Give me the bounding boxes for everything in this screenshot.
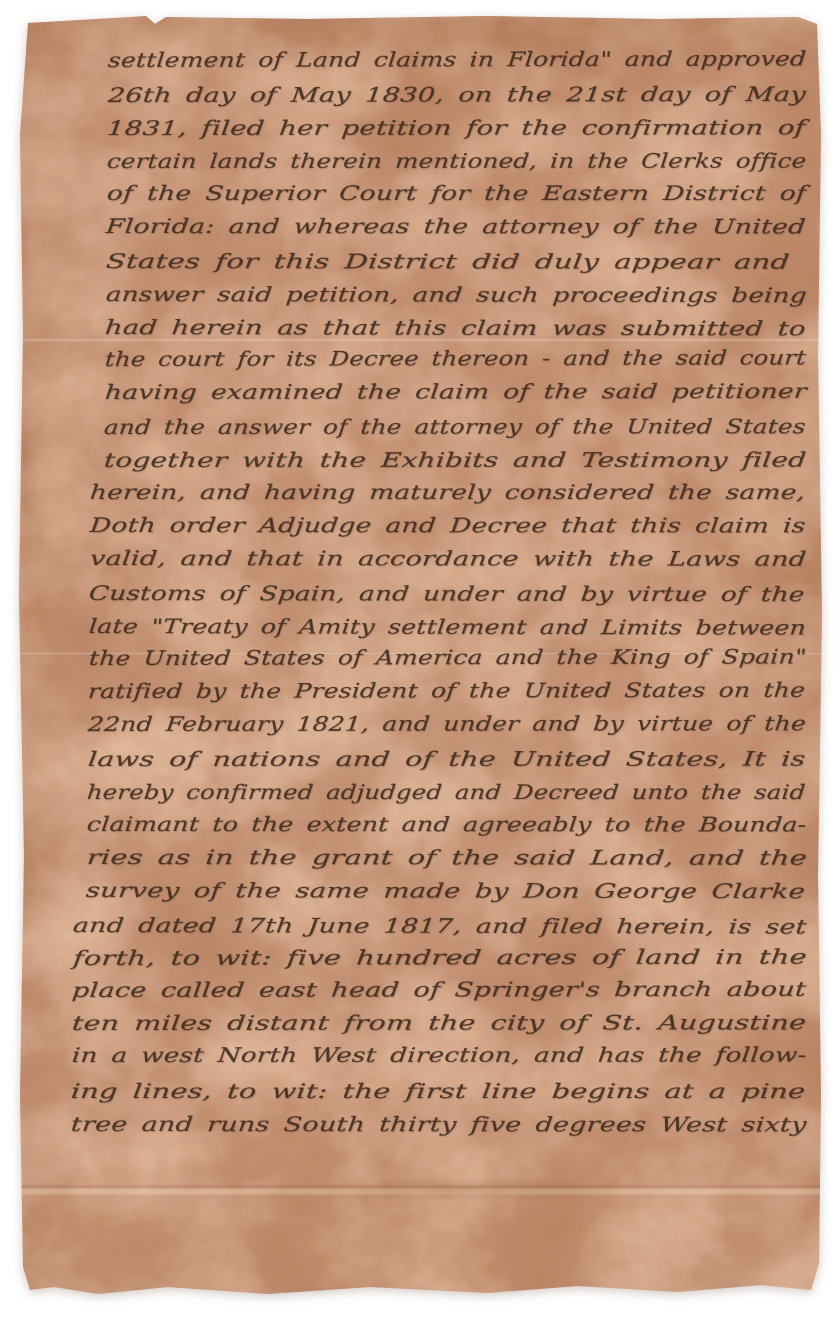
manuscript-line: place called east head of Springer's bra… [71, 973, 808, 1007]
manuscript-page-wrapper: settlement of Land claims in Florida" an… [18, 15, 823, 1296]
manuscript-line: survey of the same made by Don George Cl… [85, 874, 807, 908]
manuscript-line: Doth order Adjudge and Decree that this … [89, 509, 808, 543]
manuscript-line: ing lines, to wit: the first line begins… [69, 1075, 807, 1108]
manuscript-text-block: settlement of Land claims in Florida" an… [88, 45, 806, 1140]
manuscript-line: certain lands therein mentioned, in the … [106, 144, 808, 178]
manuscript-line: had herein as that this claim was submit… [104, 311, 808, 346]
manuscript-line: 1831, filed her petition for the confirm… [106, 111, 807, 145]
manuscript-line: having examined the claim of the said pe… [103, 375, 808, 409]
manuscript-line: in a west North West direction, and has … [70, 1039, 808, 1073]
manuscript-line: tree and runs South thirty five degrees … [69, 1108, 808, 1142]
manuscript-line: claimant to the extent and agreeably to … [85, 808, 807, 842]
manuscript-line: 26th day of May 1830, on the 21st day of… [106, 78, 807, 112]
manuscript-line: ten miles distant from the city of St. A… [70, 1006, 807, 1040]
manuscript-line: valid, and that in accordance with the L… [88, 542, 808, 576]
manuscript-page: settlement of Land claims in Florida" an… [18, 15, 823, 1296]
manuscript-line: the United States of America and the Kin… [87, 641, 807, 676]
manuscript-line: and the answer of the attorney of the Un… [103, 410, 808, 444]
scan-background: settlement of Land claims in Florida" an… [0, 0, 840, 1320]
manuscript-line: ratified by the President of the United … [87, 674, 807, 708]
manuscript-line: Florida: and whereas the attorney of the… [105, 210, 808, 244]
manuscript-line: answer said petition, and such proceedin… [104, 278, 808, 312]
manuscript-line: settlement of Land claims in Florida" an… [107, 42, 808, 77]
manuscript-line: together with the Exhibits and Testimony… [102, 443, 808, 477]
manuscript-line: ries as in the grant of the said Land, a… [85, 841, 808, 875]
manuscript-line: and dated 17th June 1817, and filed here… [71, 909, 808, 944]
manuscript-line: laws of nations and of the United States… [86, 743, 807, 777]
manuscript-line: States for this District did duly appear… [104, 245, 791, 279]
manuscript-line: herein, and having maturely considered t… [89, 476, 807, 509]
manuscript-line: late "Treaty of Amity settlement and Lim… [88, 610, 808, 645]
manuscript-line: Customs of Spain, and under and by virtu… [88, 577, 807, 611]
stain-smudge [248, 1171, 678, 1207]
manuscript-line: hereby confirmed adjudged and Decreed un… [86, 776, 807, 809]
manuscript-line: of the Superior Court for the Eastern Di… [105, 177, 807, 210]
manuscript-line: forth, to wit: five hundred acres of lan… [71, 940, 808, 975]
manuscript-line: the court for its Decree thereon - and t… [103, 341, 807, 376]
manuscript-line: 22nd February 1821, and under and by vir… [87, 707, 808, 741]
